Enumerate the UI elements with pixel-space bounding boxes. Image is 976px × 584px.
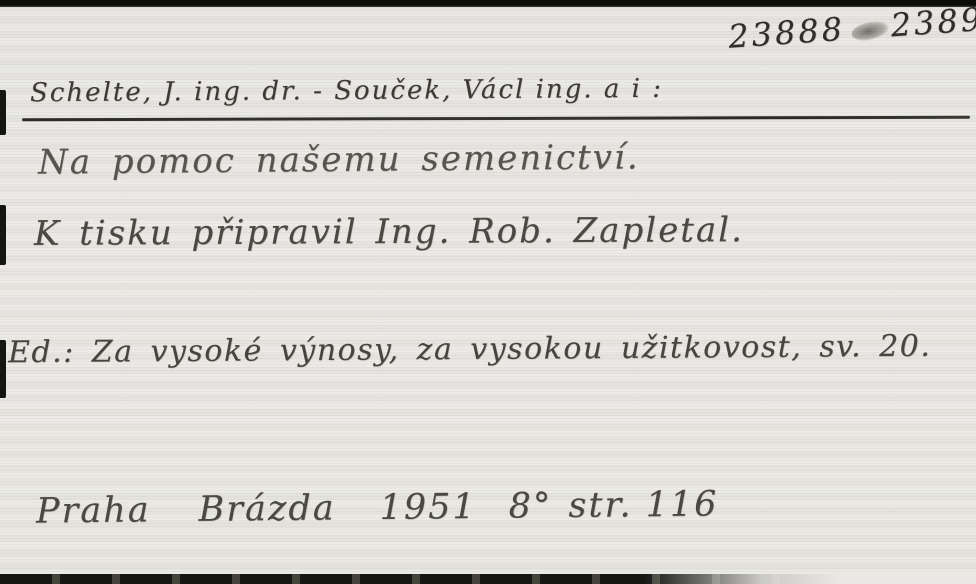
scan-edge-left (0, 205, 6, 265)
imprint-pages: str. 116 (568, 484, 718, 526)
title-line: Na pomoc našemu semenictví. (38, 137, 640, 182)
edition-note: Ed.: Za vysoké výnosy, za vysokou užitko… (8, 329, 932, 370)
catalog-card: 23888 23890 Schelte, J. ing. dr. - Souče… (0, 0, 976, 584)
statement-of-responsibility: K tisku připravil Ing. Rob. Zapletal. (34, 210, 744, 254)
author-heading: Schelte, J. ing. dr. - Souček, Václ ing.… (30, 74, 663, 108)
scan-edge-left (0, 340, 6, 398)
imprint-publisher: Brázda (198, 488, 335, 529)
author-underline (22, 116, 970, 121)
imprint-line: Praha Brázda 1951 8° str. 116 (36, 484, 719, 531)
imprint-place: Praha (36, 490, 151, 531)
accession-number-second: 23890 (889, 0, 976, 44)
scan-edge-bottom (0, 574, 976, 584)
accession-number-first: 23888 (727, 10, 846, 56)
ink-smudge (850, 18, 891, 44)
imprint-year: 1951 (379, 487, 476, 528)
scan-edge-left (0, 90, 6, 135)
imprint-format: 8° (508, 486, 552, 526)
scan-edge-top (0, 0, 976, 7)
accession-numbers: 23888 23890 (727, 0, 976, 56)
